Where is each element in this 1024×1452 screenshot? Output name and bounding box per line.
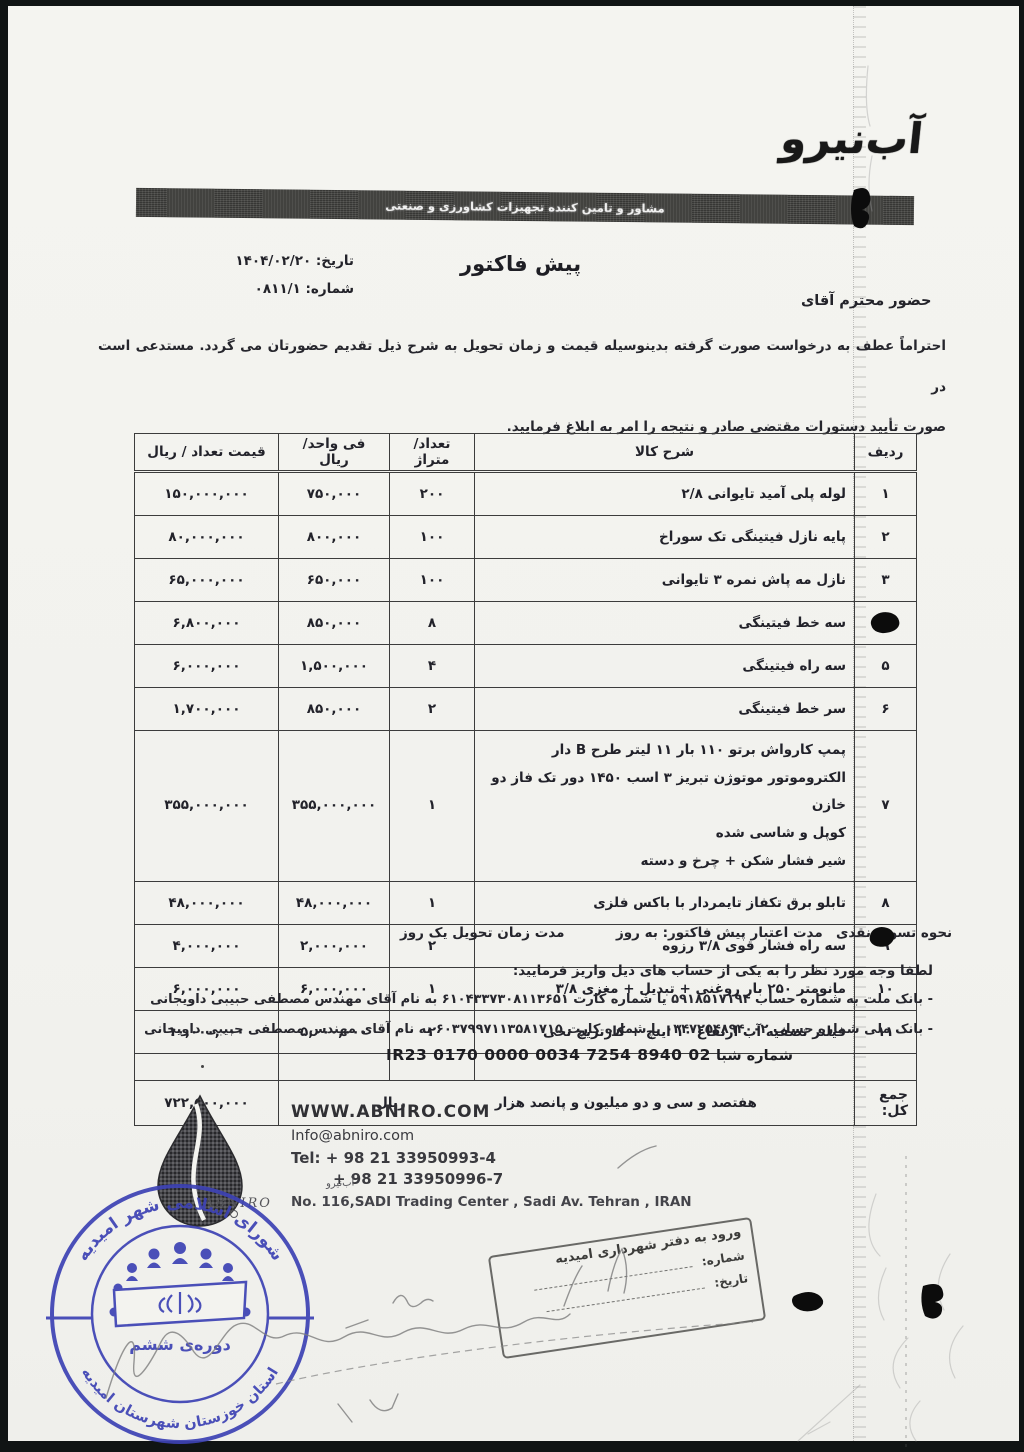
item-quantity-cell: ۸ — [390, 602, 475, 645]
table-row: ۷پمپ کارواش برتو ۱۱۰ بار ۱۱ لیتر طرح B د… — [135, 731, 917, 882]
empty-cell — [279, 1054, 390, 1081]
row-number-cell: ۸ — [855, 882, 917, 925]
item-description-cell: نازل مه پاش نمره ۳ تایوانی — [475, 559, 855, 602]
table-header-row: ردیف شرح کالا تعداد/ متراژ فی واحد/ ریال… — [135, 434, 917, 472]
bank-mellat-line: - بانک ملت به شماره حساب ۵۹۱۸۵۱۷۱۹۴ یا ش… — [150, 992, 933, 1007]
item-unit-price-cell: ۱,۵۰۰,۰۰۰ — [279, 645, 390, 688]
header-unit-price: فی واحد/ ریال — [279, 434, 390, 472]
website-url: WWW.ABNIRO.COM — [291, 1102, 692, 1122]
iban-number: IR23 0170 0000 0034 7254 8940 02 — [386, 1046, 711, 1064]
table-row: ۵سه راه فیتینگی۴۱,۵۰۰,۰۰۰۶,۰۰۰,۰۰۰ — [135, 645, 917, 688]
item-description-cell: لوله پلی آمید تایوانی ۲/۸ — [475, 472, 855, 516]
item-description-cell: سه خط فیتینگی — [475, 602, 855, 645]
stamp-center-text: دوره‌ی ششم — [129, 1335, 231, 1354]
item-unit-price-cell: ۸۰۰,۰۰۰ — [279, 516, 390, 559]
item-description-cell: پمپ کارواش برتو ۱۱۰ بار ۱۱ لیتر طرح B دا… — [475, 731, 855, 882]
item-unit-price-cell: ۷۵۰,۰۰۰ — [279, 472, 390, 516]
email-address: Info@abniro.com — [291, 1128, 692, 1144]
row-number-cell: ۵ — [855, 645, 917, 688]
empty-cell — [855, 1054, 917, 1081]
logo-farsi-caption: آب‌نیرو — [326, 1178, 355, 1190]
scanned-page: آب‌نیرو مشاور و تامین کننده تجهیزات کشاو… — [8, 6, 1019, 1441]
item-description-cell: سر خط فیتینگی — [475, 688, 855, 731]
salutation: حضور محترم آقای — [801, 293, 931, 309]
item-total-price-cell: ۶,۸۰۰,۰۰۰ — [135, 602, 279, 645]
intro-paragraph: احتراماً عطف به درخواست صورت گرفته بدینو… — [98, 326, 946, 448]
document-title: پیش فاکتور — [460, 252, 581, 276]
number-label: شماره: — [305, 281, 354, 297]
item-total-price-cell: ۳۵۵,۰۰۰,۰۰۰ — [135, 731, 279, 882]
table-row: ۴سه خط فیتینگی۸۸۵۰,۰۰۰۶,۸۰۰,۰۰۰ — [135, 602, 917, 645]
scan-artifact-strip-2 — [905, 1156, 907, 1452]
item-description-line: الکتروموتور موتوژن تبریز ۳ اسب ۱۴۵۰ دور … — [483, 765, 846, 820]
grand-total-label: جمع کل: — [855, 1081, 917, 1126]
row-number-cell: ۴ — [855, 602, 917, 645]
item-total-price-cell: ۱,۷۰۰,۰۰۰ — [135, 688, 279, 731]
delivery-term: مدت زمان تحویل یک روز — [400, 925, 564, 941]
date-line: تاریخ: ۱۴۰۴/۰۲/۲۰ — [154, 247, 354, 275]
phone-line-1: Tel: + 98 21 33950993-4 — [291, 1149, 692, 1167]
item-total-price-cell: ۶,۰۰۰,۰۰۰ — [135, 645, 279, 688]
banner-tagline: مشاور و تامین کننده تجهیزات کشاورزی و صن… — [385, 198, 664, 215]
item-quantity-cell: ۱۰۰ — [390, 559, 475, 602]
item-total-price-cell: ۶۵,۰۰۰,۰۰۰ — [135, 559, 279, 602]
table-row: ۶سر خط فیتینگی۲۸۵۰,۰۰۰۱,۷۰۰,۰۰۰ — [135, 688, 917, 731]
item-quantity-cell: ۱ — [390, 731, 475, 882]
office-entry-stamp: ورود به دفتر شهرداری امیدیه شماره: تاریخ… — [488, 1217, 766, 1359]
row-number-cell: ۳ — [855, 559, 917, 602]
item-unit-price-cell: ۸۵۰,۰۰۰ — [279, 602, 390, 645]
item-description-cell: پایه نازل فیتینگی تک سوراخ — [475, 516, 855, 559]
table-row: ۱لوله پلی آمید تایوانی ۲/۸۲۰۰۷۵۰,۰۰۰۱۵۰,… — [135, 472, 917, 516]
stamp-ribbon — [114, 1282, 246, 1326]
number-line: شماره: ۰۸۱۱/۱ — [154, 275, 354, 303]
payment-heading: لطفا وجه مورد نظر را به یکی از حساب های … — [513, 963, 933, 979]
header-total-price: قیمت تعداد / ریال — [135, 434, 279, 472]
table-row: ۳نازل مه پاش نمره ۳ تایوانی۱۰۰۶۵۰,۰۰۰۶۵,… — [135, 559, 917, 602]
item-unit-price-cell: ۸۵۰,۰۰۰ — [279, 688, 390, 731]
header-quantity: تعداد/ متراژ — [390, 434, 475, 472]
item-description-cell: سه راه فیتینگی — [475, 645, 855, 688]
item-quantity-cell: ۱۰۰ — [390, 516, 475, 559]
iban-line: شماره شبا IR23 0170 0000 0034 7254 8940 … — [386, 1046, 793, 1064]
item-total-price-cell: ۸۰,۰۰۰,۰۰۰ — [135, 516, 279, 559]
item-description-line: شیر فشار شکن + چرخ و دسته — [483, 848, 846, 876]
contact-block: WWW.ABNIRO.COM Info@abniro.com Tel: + 98… — [291, 1102, 692, 1210]
council-round-stamp: شورای اسلامی شهر امیدیه استان خوزستان شه… — [44, 1178, 316, 1450]
settlement-term: نحوه تسویه نقدی — [836, 925, 952, 941]
item-description-line: پمپ کارواش برتو ۱۱۰ بار ۱۱ لیتر طرح B دا… — [483, 737, 846, 765]
empty-cell — [135, 1054, 279, 1081]
header-description: شرح کالا — [475, 434, 855, 472]
postal-address: No. 116,SADI Trading Center , Sadi Av. T… — [291, 1194, 692, 1210]
company-logotype: آب‌نیرو — [779, 114, 926, 163]
item-description-line: کوپل و شاسی شده — [483, 820, 846, 848]
iban-label: شماره شبا — [716, 1048, 793, 1064]
row-number-cell: ۷ — [855, 731, 917, 882]
entry-stamp-number-label: شماره: — [701, 1248, 746, 1268]
date-value: ۱۴۰۴/۰۲/۲۰ — [235, 253, 311, 269]
header-row-number: ردیف — [855, 434, 917, 472]
header-banner: مشاور و تامین کننده تجهیزات کشاورزی و صن… — [136, 188, 914, 225]
item-unit-price-cell: ۶۵۰,۰۰۰ — [279, 559, 390, 602]
item-quantity-cell: ۴ — [390, 645, 475, 688]
table-row: ۸تابلو برق تکفاز تایمردار با باکس فلزی۱۴… — [135, 882, 917, 925]
bank-melli-line: - بانک ملی شماره حساب ۰۳۴۷۲۵۴۸۹۴۰۰۲ یا ش… — [144, 1022, 933, 1037]
row-number-cell: ۲ — [855, 516, 917, 559]
item-unit-price-cell: ۴۸,۰۰۰,۰۰۰ — [279, 882, 390, 925]
item-unit-price-cell: ۳۵۵,۰۰۰,۰۰۰ — [279, 731, 390, 882]
document-meta: تاریخ: ۱۴۰۴/۰۲/۲۰ شماره: ۰۸۱۱/۱ — [154, 247, 354, 304]
item-quantity-cell: ۱ — [390, 882, 475, 925]
item-total-price-cell: ۱۵۰,۰۰۰,۰۰۰ — [135, 472, 279, 516]
item-quantity-cell: ۲ — [390, 688, 475, 731]
number-value: ۰۸۱۱/۱ — [255, 281, 301, 297]
validity-term: مدت اعتبار پیش فاکتور: به روز — [616, 925, 823, 941]
row-number-cell: ۶ — [855, 688, 917, 731]
item-description-cell: تابلو برق تکفاز تایمردار با باکس فلزی — [475, 882, 855, 925]
row-number-cell: ۱ — [855, 472, 917, 516]
entry-stamp-date-label: تاریخ: — [713, 1271, 749, 1290]
intro-line-1: احتراماً عطف به درخواست صورت گرفته بدینو… — [98, 326, 946, 407]
date-label: تاریخ: — [316, 253, 354, 269]
table-row: ۲پایه نازل فیتینگی تک سوراخ۱۰۰۸۰۰,۰۰۰۸۰,… — [135, 516, 917, 559]
item-quantity-cell: ۲۰۰ — [390, 472, 475, 516]
item-total-price-cell: ۴۸,۰۰۰,۰۰۰ — [135, 882, 279, 925]
